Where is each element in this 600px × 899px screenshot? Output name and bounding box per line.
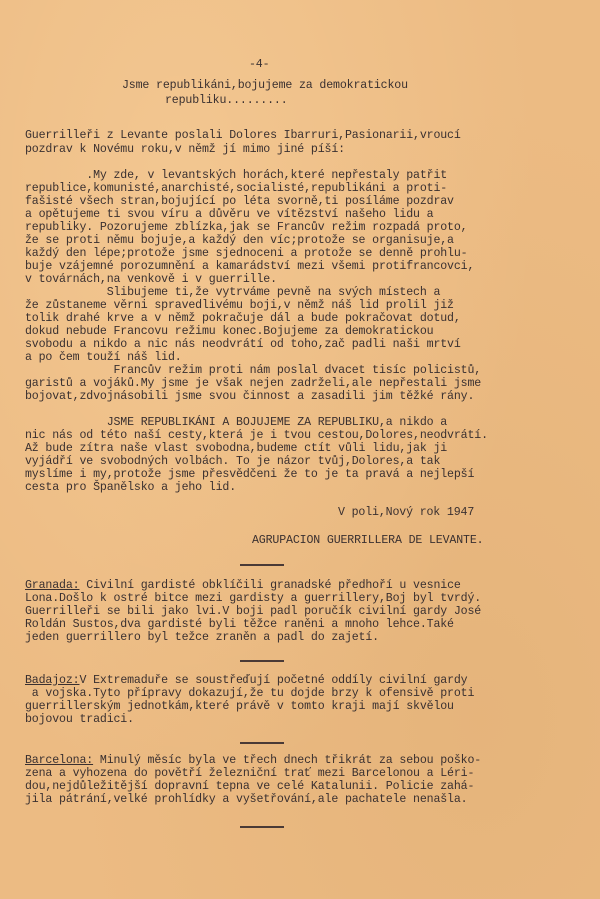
text-line: svobodu a nikdo a nic nás neodvrátí od t… <box>25 339 461 351</box>
text-line: fašisté všech stran,bojující po léta svo… <box>25 196 454 208</box>
text-line: republiky. Pozorujeme zblízka,jak se Fra… <box>25 222 467 234</box>
text-line: Až bude zítra naše vlast svobodna,budeme… <box>25 443 447 455</box>
text-line: bojovou tradici. <box>25 714 134 726</box>
page-number: -4- <box>249 59 269 71</box>
text-line: cesta pro Španělsko a jeho lid. <box>25 482 236 494</box>
text-line: a opětujeme ti svou víru a důvěru ve vít… <box>25 209 433 221</box>
section-divider <box>240 826 284 828</box>
text-line: dokud nebude Francovu režimu konec.Bojuj… <box>25 326 433 338</box>
signature-place-date: V poli,Nový rok 1947 <box>338 507 474 519</box>
heading-line-2: republiku......... <box>165 95 288 107</box>
text-line: dou,nejdůležitější dopravní tepna ve cel… <box>25 781 474 793</box>
text-line: myslíme i my,protože jsme přesvědčeni že… <box>25 469 474 481</box>
text-line: Roldán Sustos,dva gardisté byli těžce ra… <box>25 619 454 631</box>
text-line: a po čem touží náš lid. <box>25 352 182 364</box>
text-line: že se proti němu bojuje,a každý den víc;… <box>25 235 454 247</box>
text-line: jeden guerrillero byl težce zraněn a pad… <box>25 632 379 644</box>
text-line: republice,komunisté,anarchisté,socialist… <box>25 183 447 195</box>
typewritten-page: -4- Jsme republikáni,bojujeme za demokra… <box>0 0 600 899</box>
text-line: Badajoz:V Extremaduře se soustřeďují poč… <box>25 675 468 687</box>
section-divider <box>240 564 284 566</box>
report-place-label: Granada: <box>25 579 79 592</box>
text-line: Lona.Došlo k ostré bitce mezi gardisty a… <box>25 593 481 605</box>
signature-organization: AGRUPACION GUERRILLERA DE LEVANTE. <box>252 535 483 547</box>
text-line: Francův režim proti nám poslal dvacet ti… <box>25 365 481 377</box>
report-place-label: Badajoz: <box>25 674 79 687</box>
text-line: Guerrilleři se bili jako lvi.V boji padl… <box>25 606 481 618</box>
text-line: guerrillerským jednotkám,které právě v t… <box>25 701 454 713</box>
section-divider <box>240 742 284 744</box>
text-line: JSME REPUBLIKÁNI A BOJUJEME ZA REPUBLIKU… <box>25 417 447 429</box>
heading-line-1: Jsme republikáni,bojujeme za demokratick… <box>122 80 408 92</box>
text-line: nic nás od této naší cesty,která je i tv… <box>25 430 488 442</box>
text-line: Barcelona: Minulý měsíc byla ve třech dn… <box>25 755 481 767</box>
report-place-label: Barcelona: <box>25 754 93 767</box>
text-line: zena a vyhozena do povětří železniční tr… <box>25 768 474 780</box>
text-line: a vojska.Tyto přípravy dokazují,že tu do… <box>25 688 474 700</box>
text-line: Granada: Civilní gardisté obklíčili gran… <box>25 580 461 592</box>
text-line: Slibujeme ti,že vytrváme pevně na svých … <box>25 287 440 299</box>
text-line: že zůstaneme věrni spravedlivému boji,v … <box>25 300 454 312</box>
text-line: garistů a vojáků.My jsme je však nejen z… <box>25 378 481 390</box>
text-line: .My zde, v levantských horách,které nepř… <box>25 170 447 182</box>
text-line: buje vzájemné porozumnění a kamarádství … <box>25 261 474 273</box>
text-line: pozdrav k Novému roku,v němž jí mimo jin… <box>25 144 345 156</box>
section-divider <box>240 660 284 662</box>
text-line: vyjádří ve svobodných volbách. To je náz… <box>25 456 440 468</box>
text-line: jila pátrání,velké prohlídky a vyšetřová… <box>25 794 467 806</box>
text-line: každý den lépe;protože jsme sjednoceni a… <box>25 248 467 260</box>
text-line: v továrnách,na venkově i v guerrille. <box>25 274 277 286</box>
text-line: tolik drahé krve a v němž pokračuje dál … <box>25 313 461 325</box>
text-line: Guerrilleři z Levante poslali Dolores Ib… <box>25 130 461 142</box>
text-line: bojovat,zdvojnásobili jsme svou činnost … <box>25 391 474 403</box>
